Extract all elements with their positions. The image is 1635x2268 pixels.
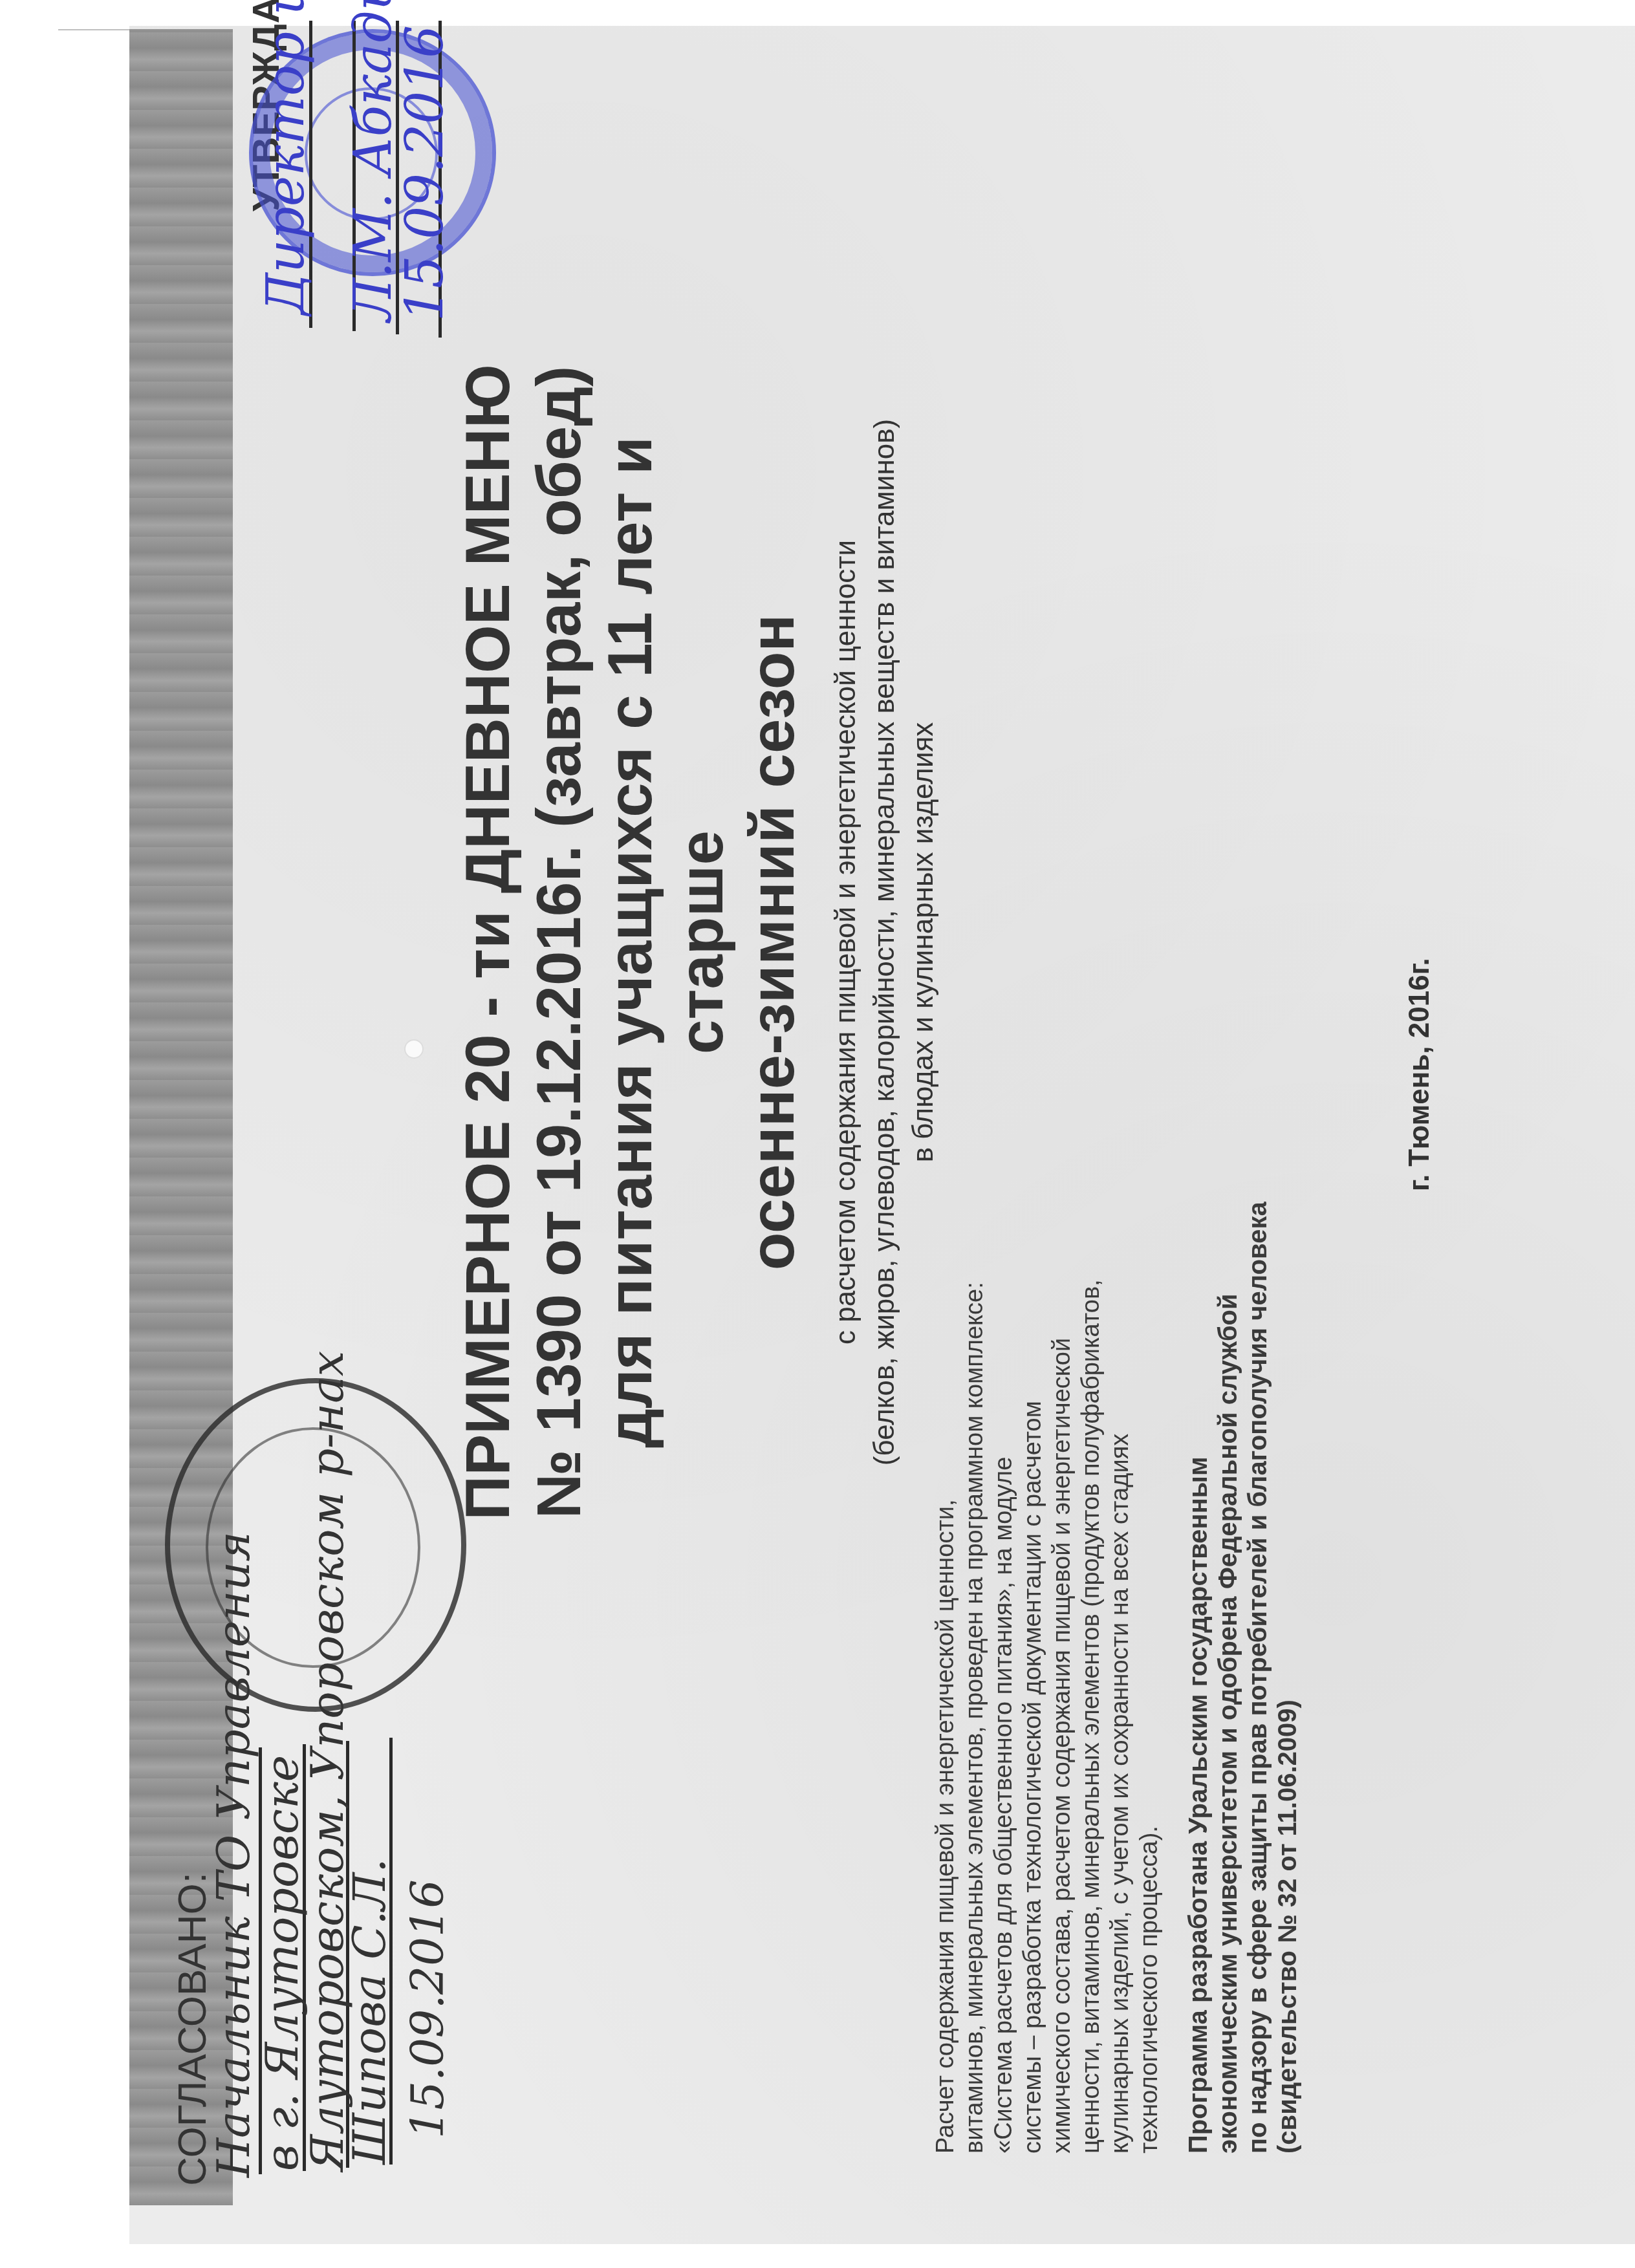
title-line-3: для питания учащихся с 11 лет и старше — [595, 328, 737, 1557]
title-block: ПРИМЕРНОЕ 20 - ти ДНЕВНОЕ МЕНЮ № 1390 от… — [453, 328, 943, 1557]
calc-line: системы – разработка технологической док… — [1019, 1279, 1048, 2154]
subtitle-line-2: (белков, жиров, углеводов, калорийности,… — [865, 328, 904, 1557]
agreement-handwriting-1: Начальник ТО Управления — [207, 1531, 260, 2177]
calc-line: Расчет содержания пищевой и энергетическ… — [931, 1279, 960, 2154]
approval-date: 15.09.2016 — [395, 25, 455, 321]
punch-hole — [404, 1039, 424, 1059]
title-line-4: осенне-зимний сезон — [737, 328, 808, 1557]
calculation-note: Расчет содержания пищевой и энергетическ… — [931, 1279, 1164, 2154]
rotated-document: УТВЕРЖДАЮ: Директор школы Л.М. Абкадыров… — [0, 0, 1635, 2268]
calc-line: химического состава, расчетом содержания… — [1048, 1279, 1077, 2154]
title-line-1: ПРИМЕРНОЕ 20 - ти ДНЕВНОЕ МЕНЮ — [453, 328, 524, 1557]
program-line: по надзору в сфере защиты прав потребите… — [1243, 1202, 1273, 2154]
program-line: (свидетельство № 32 от 11.06.2009) — [1273, 1202, 1303, 2154]
program-note: Программа разработана Уральским государс… — [1184, 1202, 1303, 2154]
program-line: Программа разработана Уральским государс… — [1184, 1202, 1213, 2154]
title-line-2: № 1390 от 19.12.2016г. (завтрак, обед) — [524, 328, 595, 1557]
city-year: г. Тюмень, 2016г. — [1403, 958, 1436, 1191]
subtitle-line-1: с расчетом содержания пищевой и энергети… — [827, 328, 865, 1557]
calc-line: кулинарных изделий, с учетом их сохранно… — [1106, 1279, 1135, 2154]
program-line: экономическим университетом и одобрена Ф… — [1213, 1202, 1243, 2154]
calc-line: «Система расчетов для общественного пита… — [990, 1279, 1019, 2154]
calc-line: технологического процесса). — [1135, 1279, 1164, 2154]
agreement-date: 15.09.2016 — [401, 1879, 454, 2139]
approval-handwriting-1: Директор школы — [255, 0, 316, 315]
calc-line: витаминов, минеральных элементов, провед… — [960, 1279, 990, 2154]
calc-line: ценности, витаминов, минеральных элемент… — [1077, 1279, 1106, 2154]
agreement-handwriting-4: Шипова С.Л. — [343, 1859, 396, 2165]
